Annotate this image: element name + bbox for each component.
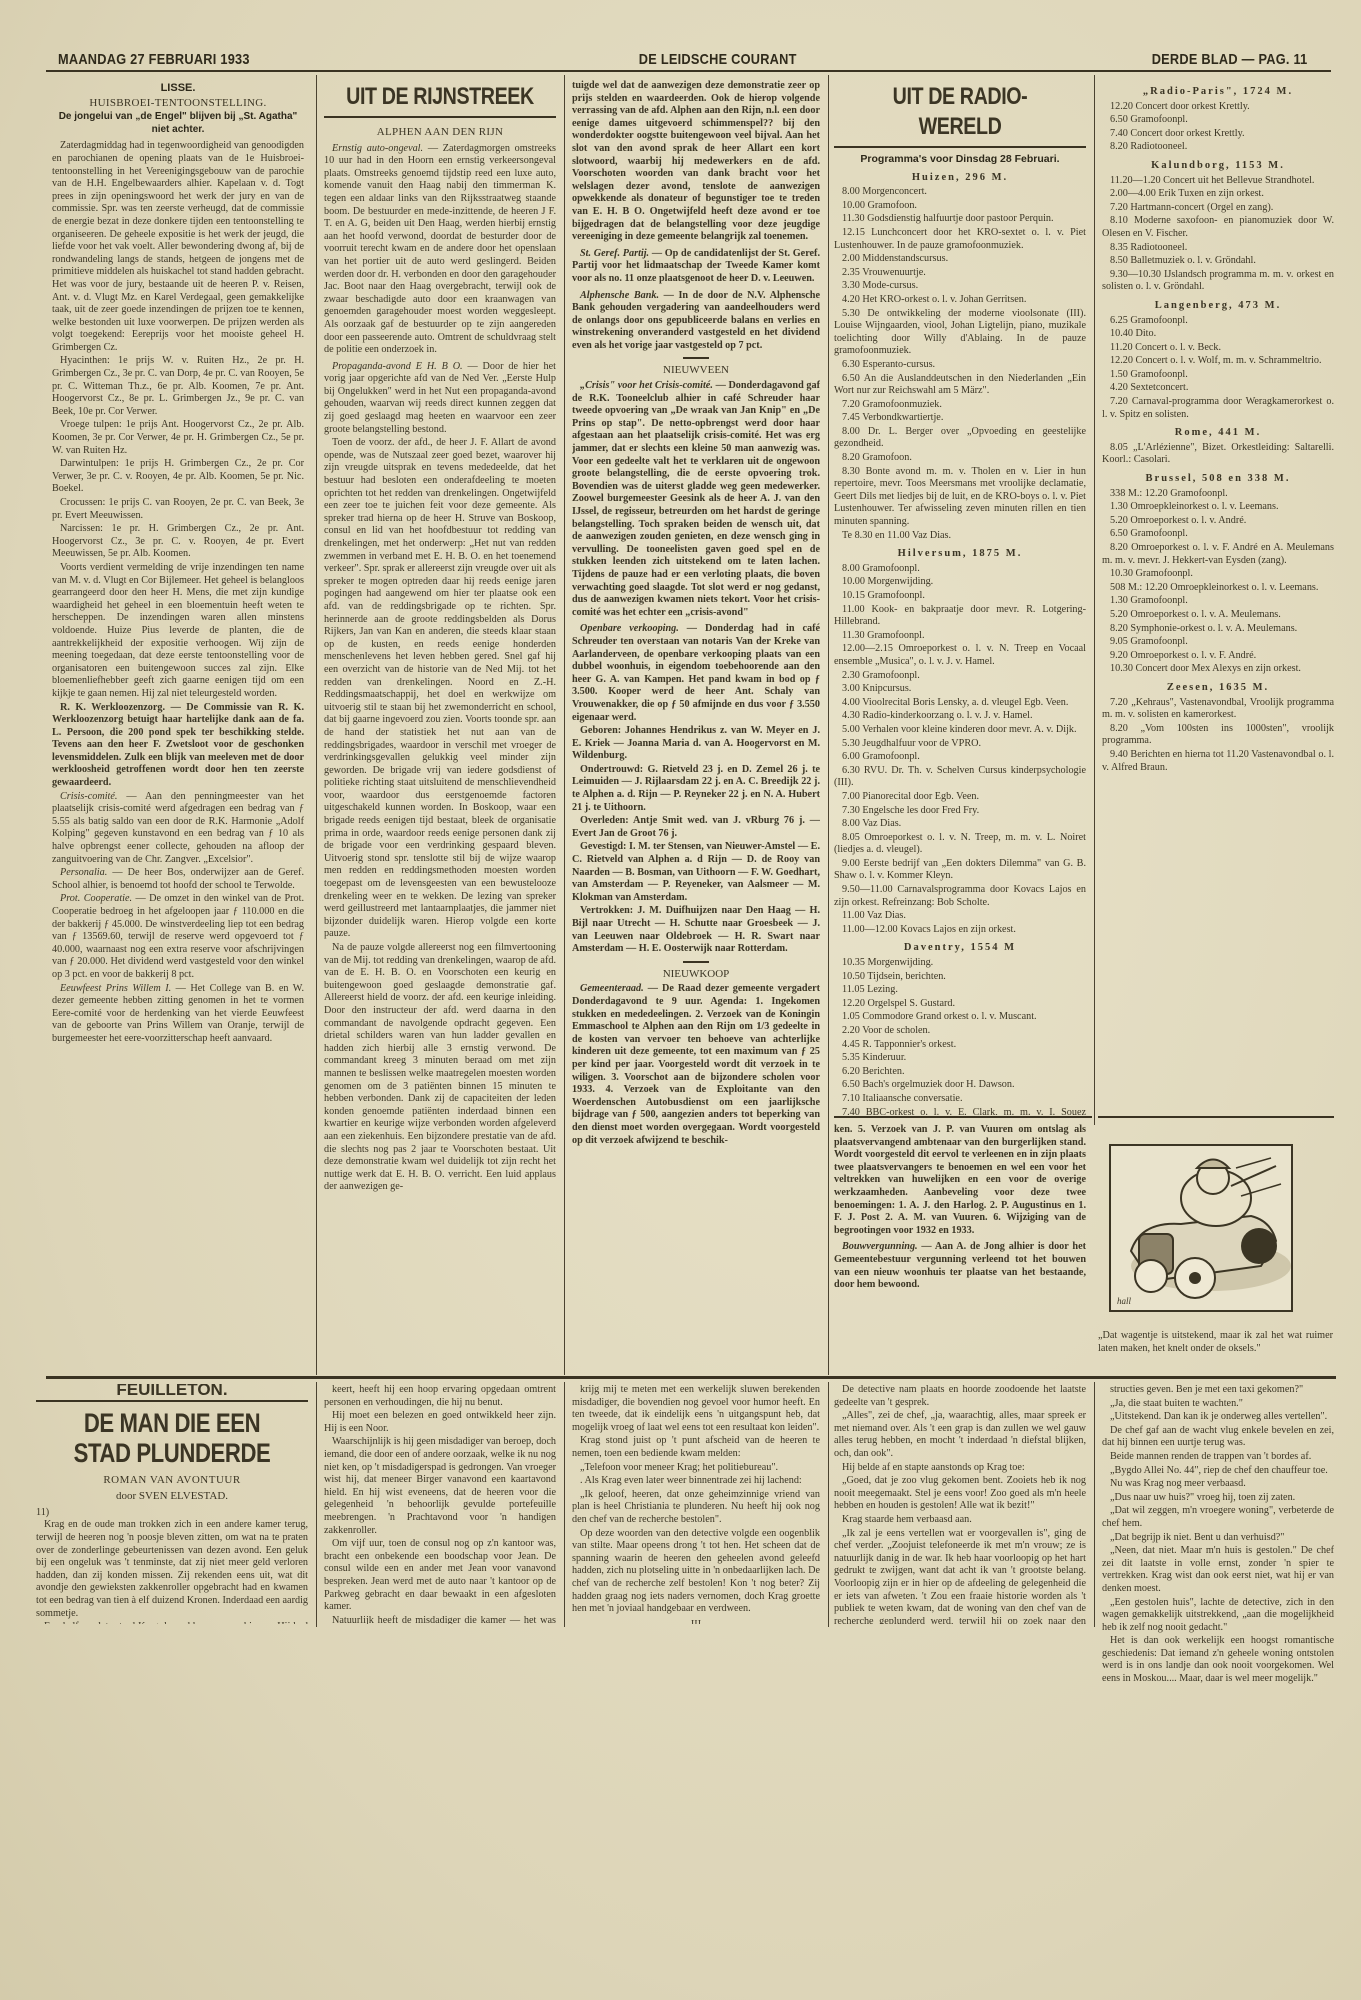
column-divider <box>316 75 317 1375</box>
programme-item: 10.30 Concert door Mex Alexys en zijn or… <box>1102 663 1334 676</box>
place-heading: NIEUWVEEN <box>572 364 820 377</box>
section-rule <box>324 116 556 118</box>
section-title: UIT DE RIJNSTREEK <box>345 82 535 112</box>
programme-item: 10.50 Tijdsein, berichten. <box>834 971 1086 984</box>
paragraph: R. K. Werkloozenzorg. — De Commissie van… <box>52 702 304 790</box>
programme-item: 1.30 Omroepkleinorkest o. l. v. Leemans. <box>1102 501 1334 514</box>
paragraph: „Goed, dat je zoo vlug gekomen bent. Zoo… <box>834 1475 1086 1513</box>
paragraph: Crocussen: 1e prijs C. van Rooyen, 2e pr… <box>52 497 304 522</box>
programme-item: 8.35 Radiotooneel. <box>1102 242 1334 255</box>
paragraph: Darwintulpen: 1e prijs H. Grimbergen Cz.… <box>52 458 304 496</box>
feuilleton-text: krijg mij te meten met een werkelijk slu… <box>572 1384 820 1624</box>
radio-programme-list: Huizen, 296 M.8.00 Morgenconcert.10.00 G… <box>834 172 1086 1115</box>
feuilleton-text: Krag en de oude man trokken zich in een … <box>36 1519 308 1624</box>
radio-programme-list: „Radio-Paris", 1724 M.12.20 Concert door… <box>1102 86 1334 774</box>
programme-item: 8.20 Radiotooneel. <box>1102 141 1334 154</box>
station-heading: Zeesen, 1635 M. <box>1102 682 1334 695</box>
paragraph: Hij belde af en stapte aanstonds op Krag… <box>834 1462 1086 1475</box>
programme-item: 8.00 Vaz Dias. <box>834 818 1086 831</box>
paragraph: Hij moet een belezen en goed ontwikkeld … <box>324 1410 556 1435</box>
programme-item: 6.20 Berichten. <box>834 1066 1086 1079</box>
paragraph: Vroege tulpen: 1e prijs Ant. Hoogervorst… <box>52 419 304 457</box>
article-subheadline: De jongelui van „de Engel" blijven bij „… <box>58 111 298 136</box>
divider <box>683 961 709 963</box>
paragraph: Krag staarde hem verbaasd aan. <box>834 1514 1086 1527</box>
programme-item: 6.50 Gramofoonpl. <box>1102 114 1334 127</box>
column-divider <box>564 1382 565 1627</box>
programme-item: 9.20 Omroeporkest o. l. v. F. André. <box>1102 650 1334 663</box>
programme-item: 5.20 Omroeporkest o. l. v. André. <box>1102 515 1334 528</box>
cartoon-illustration: hall <box>1109 1144 1293 1312</box>
programme-item: 9.30—10.30 IJslandsch programma m. m. v.… <box>1102 269 1334 294</box>
programme-item: 8.30 Bonte avond m. m. v. Tholen en v. L… <box>834 466 1086 529</box>
programme-item: 8.05 Omroeporkest o. l. v. N. Treep, m. … <box>834 832 1086 857</box>
novel-title: DE MAN DIE EEN STAD PLUNDERDE <box>60 1408 283 1468</box>
feuilleton-column-1: FEUILLETON. DE MAN DIE EEN STAD PLUNDERD… <box>36 1384 308 1624</box>
programme-item: 7.20 Hartmann-concert (Orgel en zang). <box>1102 202 1334 215</box>
programme-item: 6.00 Gramofoonpl. <box>834 751 1086 764</box>
chapter-number: III <box>572 1619 820 1624</box>
paragraph: Toen de voorz. der afd., de heer J. F. A… <box>324 437 556 941</box>
paragraph: ken. 5. Verzoek van J. P. van Vuuren om … <box>834 1124 1086 1237</box>
paragraph-body: — De Raad dezer gemeente vergadert Donde… <box>572 983 820 1145</box>
programme-item: 508 M.: 12.20 Omroepkleinorkest o. l. v.… <box>1102 582 1334 595</box>
programme-item: 7.20 Gramofoonmuziek. <box>834 399 1086 412</box>
paragraph: Krag stond juist op 't punt afscheid van… <box>572 1435 820 1460</box>
paragraph: structies geven. Ben je met een taxi gek… <box>1102 1384 1334 1397</box>
column-divider <box>316 1382 317 1627</box>
programme-item: 4.00 Vioolrecital Boris Lensky, a. d. vl… <box>834 697 1086 710</box>
section-rule <box>834 146 1086 148</box>
paragraph: Beide mannen renden de trappen van 't bo… <box>1102 1451 1334 1464</box>
paragraph-title: Eeuwfeest Prins Willem I. <box>60 983 171 994</box>
page-number: DERDE BLAD — PAG. 11 <box>1152 51 1308 68</box>
section-rule <box>36 1400 308 1402</box>
radio-column-1: UIT DE RADIO-WERELD Programma's voor Din… <box>834 80 1086 1115</box>
divider <box>683 357 709 359</box>
paragraph: „Dat wil zeggen, m'n vroegere woning", v… <box>1102 1505 1334 1530</box>
column-divider <box>1094 1382 1095 1627</box>
station-heading: Huizen, 296 M. <box>834 172 1086 185</box>
programme-item: 8.00 Dr. L. Berger over „Opvoeding en ge… <box>834 426 1086 451</box>
paragraph: Nu was Krag nog meer verbaasd. <box>1102 1478 1334 1491</box>
lisse-column: LISSE. HUISBROEI-TENTOONSTELLING. De jon… <box>52 82 304 1374</box>
paragraph-title: „Crisis" voor het Crisis-comité. <box>580 380 713 391</box>
paragraph: keert, heeft hij een hoop ervaring opged… <box>324 1384 556 1409</box>
programme-item: 11.20—1.20 Concert uit het Bellevue Stra… <box>1102 175 1334 188</box>
programme-item: 4.20 Sextetconcert. <box>1102 382 1334 395</box>
paragraph: „Ik geloof, heeren, dat onze geheimzinni… <box>572 1489 820 1527</box>
paragraph: tuigde wel dat de aanwezigen deze demons… <box>572 80 820 244</box>
programme-item: 7.20 „Kehraus", Vastenavondbal, Vroolijk… <box>1102 697 1334 722</box>
novel-subtitle: ROMAN VAN AVONTUUR <box>36 1474 308 1487</box>
paragraph: Geboren: Johannes Hendrikus z. van W. Me… <box>572 725 820 763</box>
nieuwkoop-continued: ken. 5. Verzoek van J. P. van Vuuren om … <box>834 1124 1086 1374</box>
paragraph: „Een gestolen huis", lachte de detective… <box>1102 1597 1334 1635</box>
programme-item: 10.15 Gramofoonpl. <box>834 590 1086 603</box>
column-divider <box>828 1382 829 1627</box>
programme-item: 5.30 Jeugdhalfuur voor de VPRO. <box>834 738 1086 751</box>
paragraph-body: — Donderdagavond gaf de R.K. Tooneelclub… <box>572 380 820 618</box>
programme-item: 7.20 Carnaval-programma door Weragkamero… <box>1102 396 1334 421</box>
feuilleton-column-2: keert, heeft hij een hoop ervaring opged… <box>324 1384 556 1624</box>
feuilleton-rule <box>46 1376 1336 1379</box>
paragraph: De detective nam plaats en hoorde zoodoe… <box>834 1384 1086 1409</box>
programme-item: 2.20 Voor de scholen. <box>834 1025 1086 1038</box>
paragraph: „Crisis" voor het Crisis-comité. — Donde… <box>572 380 820 619</box>
programme-item: Te 8.30 en 11.00 Vaz Dias. <box>834 530 1086 543</box>
paragraph: Prot. Cooperatie. — De omzet in den wink… <box>52 893 304 981</box>
programme-item: 1.30 Gramofoonpl. <box>1102 595 1334 608</box>
feuilleton-column-5: structies geven. Ben je met een taxi gek… <box>1102 1384 1334 1684</box>
programme-item: 3.00 Knipcursus. <box>834 683 1086 696</box>
paragraph: „Dat begrijp ik niet. Bent u dan verhuis… <box>1102 1532 1334 1545</box>
paragraph: Een half uur later trad Krag de rookkame… <box>36 1621 308 1624</box>
programme-item: 12.15 Lunchconcert door het KRO-sextet o… <box>834 227 1086 252</box>
programme-item: 10.00 Gramofoon. <box>834 200 1086 213</box>
column-divider <box>1094 75 1095 1125</box>
place-heading: LISSE. <box>52 82 304 95</box>
programme-item: 8.10 Moderne saxofoon- en pianomuziek do… <box>1102 215 1334 240</box>
cartoon-caption: „Dat wagentje is uitstekend, maar ik zal… <box>1098 1330 1333 1355</box>
programme-item: 6.25 Gramofoonpl. <box>1102 315 1334 328</box>
programme-item: 11.00—12.00 Kovacs Lajos en zijn orkest. <box>834 924 1086 937</box>
programme-item: 2.00 Middenstandscursus. <box>834 253 1086 266</box>
feuilleton-column-4: De detective nam plaats en hoorde zoodoe… <box>834 1384 1086 1624</box>
paragraph: St. Geref. Partij. — Op de candidatenlij… <box>572 248 820 286</box>
paragraph-title: Alphensche Bank. <box>580 290 659 301</box>
radio-subtitle: Programma's voor Dinsdag 28 Februari. <box>834 153 1086 166</box>
programme-item: 1.05 Commodore Grand orkest o. l. v. Mus… <box>834 1011 1086 1024</box>
programme-item: 8.50 Balletmuziek o. l. v. Gröndahl. <box>1102 255 1334 268</box>
programme-item: 10.00 Morgenwijding. <box>834 576 1086 589</box>
programme-item: 5.20 Omroeporkest o. l. v. A. Meulemans. <box>1102 609 1334 622</box>
paragraph: Overleden: Antje Smit wed. van J. vRburg… <box>572 815 820 840</box>
station-heading: Hilversum, 1875 M. <box>834 548 1086 561</box>
paragraph: „Ik zal je eens vertellen wat er voorgev… <box>834 1528 1086 1624</box>
paragraph: Narcissen: 1e pr. H. Grimbergen Cz., 2e … <box>52 523 304 561</box>
programme-item: 338 M.: 12.20 Gramofoonpl. <box>1102 488 1334 501</box>
programme-item: 6.30 Esperanto-cursus. <box>834 359 1086 372</box>
programme-item: 12.20 Concert o. l. v. Wolf, m. m. v. Sc… <box>1102 355 1334 368</box>
programme-item: 9.00 Eerste bedrijf van „Een dokters Dil… <box>834 858 1086 883</box>
programme-item: 9.05 Gramofoonpl. <box>1102 636 1334 649</box>
paragraph: Vertrokken: J. M. Duifhuijzen naar Den H… <box>572 905 820 955</box>
programme-item: 4.30 Radio-kinderkoorzang o. l. v. J. v.… <box>834 710 1086 723</box>
programme-item: 1.50 Gramofoonpl. <box>1102 369 1334 382</box>
paragraph: „Neen, dat niet. Maar m'n huis is gestol… <box>1102 1545 1334 1595</box>
paragraph: Het is dan ook werkelijk een hoogst roma… <box>1102 1635 1334 1684</box>
place-heading: ALPHEN AAN DEN RIJN <box>324 126 556 139</box>
paragraph-title: Personalia. <box>60 867 107 878</box>
programme-item: 9.40 Berichten en hierna tot 11.20 Vaste… <box>1102 749 1334 774</box>
feuilleton-column-3: krijg mij te meten met een werkelijk slu… <box>572 1384 820 1624</box>
programme-item: 7.10 Italiaansche conversatie. <box>834 1093 1086 1106</box>
programme-item: 11.05 Lezing. <box>834 984 1086 997</box>
alphen-nieuwveen-column: tuigde wel dat de aanwezigen deze demons… <box>572 80 820 1374</box>
paragraph: Na de pauze volgde allereerst nog een fi… <box>324 942 556 1194</box>
section-rule <box>1098 1116 1334 1118</box>
programme-item: 7.40 Concert door orkest Krettly. <box>1102 128 1334 141</box>
paragraph: „Uitstekend. Dan kan ik je onderweg alle… <box>1102 1411 1334 1424</box>
paragraph: Waarschijnlijk is hij geen misdadiger va… <box>324 1436 556 1537</box>
programme-item: 10.40 Dito. <box>1102 328 1334 341</box>
programme-item: 2.00—4.00 Erik Tuxen en zijn orkest. <box>1102 188 1334 201</box>
station-heading: Rome, 441 M. <box>1102 427 1334 440</box>
paragraph: De chef gaf aan de wacht vlug enkele bev… <box>1102 1425 1334 1450</box>
programme-item: 8.00 Morgenconcert. <box>834 186 1086 199</box>
paragraph: Openbare verkooping. — Donderdag had in … <box>572 623 820 724</box>
programme-item: 7.45 Verbondkwartiertje. <box>834 412 1086 425</box>
paragraph-title: St. Geref. Partij. <box>580 248 649 259</box>
station-heading: „Radio-Paris", 1724 M. <box>1102 86 1334 99</box>
paragraph-title: Ernstig auto-ongeval. <box>332 143 423 154</box>
issue-date: MAANDAG 27 FEBRUARI 1933 <box>58 51 250 68</box>
programme-item: 10.30 Gramofoonpl. <box>1102 568 1334 581</box>
station-heading: Langenberg, 473 M. <box>1102 300 1334 313</box>
column-divider <box>564 75 565 1375</box>
programme-item: 7.40 BBC-orkest o. l. v. E. Clark, m. m.… <box>834 1107 1086 1115</box>
car-driver-drawing-icon: hall <box>1111 1146 1291 1310</box>
paragraph: Zaterdagmiddag had in tegenwoordigheid v… <box>52 140 304 354</box>
programme-item: 5.35 Kinderuur. <box>834 1052 1086 1065</box>
programme-item: 7.00 Pianorecital door Egb. Veen. <box>834 791 1086 804</box>
paragraph: Eeuwfeest Prins Willem I. — Het College … <box>52 983 304 1046</box>
feuilleton-label: FEUILLETON. <box>36 1384 308 1397</box>
paragraph-body: — Donderdag had in café Schreuder ten ov… <box>572 623 820 722</box>
programme-item: 4.45 R. Tapponnier's orkest. <box>834 1039 1086 1052</box>
place-heading: NIEUWKOOP <box>572 968 820 981</box>
section-title: UIT DE RADIO-WERELD <box>857 82 1064 142</box>
paragraph-title: Bouwvergunning. <box>842 1241 918 1252</box>
station-heading: Daventry, 1554 M <box>834 942 1086 955</box>
paragraph: Ernstig auto-ongeval. — Zaterdagmorgen o… <box>324 143 556 357</box>
programme-item: 9.50—11.00 Carnavalsprogramma door Kovac… <box>834 884 1086 909</box>
radio-column-2: „Radio-Paris", 1724 M.12.20 Concert door… <box>1102 80 1334 1115</box>
programme-item: 5.00 Verhalen voor kleine kinderen door … <box>834 724 1086 737</box>
feuilleton-text: De detective nam plaats en hoorde zoodoe… <box>834 1384 1086 1624</box>
article-headline: HUISBROEI-TENTOONSTELLING. <box>52 97 304 110</box>
paragraph: „Telefoon voor meneer Krag; het politieb… <box>572 1462 820 1475</box>
programme-item: 8.20 Omroeporkest o. l. v. F. André en A… <box>1102 542 1334 567</box>
paragraph: krijg mij te meten met een werkelijk slu… <box>572 1384 820 1434</box>
programme-item: 11.20 Concert o. l. v. Beck. <box>1102 342 1334 355</box>
paragraph-title: Propaganda-avond E H. B O. <box>332 361 463 372</box>
paragraph: Propaganda-avond E H. B O. — Door de hie… <box>324 361 556 437</box>
masthead-rule <box>46 70 1331 72</box>
paragraph: Om vijf uur, toen de consul nog op z'n k… <box>324 1538 556 1614</box>
paragraph-title: Crisis-comité. <box>60 791 117 802</box>
programme-item: 6.50 Gramofoonpl. <box>1102 528 1334 541</box>
programme-item: 6.50 Bach's orgelmuziek door H. Dawson. <box>834 1079 1086 1092</box>
paragraph-body: — De omzet in den winkel van de Prot. Co… <box>52 893 304 980</box>
rijnstreek-column: UIT DE RIJNSTREEK ALPHEN AAN DEN RIJN Er… <box>324 80 556 1374</box>
programme-item: 8.00 Gramofoonpl. <box>834 563 1086 576</box>
programme-item: 6.30 RVU. Dr. Th. v. Schelven Cursus kin… <box>834 765 1086 790</box>
paragraph-title: Gemeenteraad. <box>580 983 644 994</box>
programme-item: 8.20 „Vom 100sten ins 1000sten", vroolij… <box>1102 723 1334 748</box>
paragraph: Alphensche Bank. — In de door de N.V. Al… <box>572 290 820 353</box>
programme-item: 8.05 „L'Arlézienne", Bizet. Orkestleidin… <box>1102 442 1334 467</box>
station-heading: Brussel, 508 en 338 M. <box>1102 473 1334 486</box>
svg-text:hall: hall <box>1117 1296 1132 1306</box>
paragraph: Krag en de oude man trokken zich in een … <box>36 1519 308 1620</box>
section-rule <box>834 1116 1092 1118</box>
paragraph: Personalia. — De heer Bos, onderwijzer a… <box>52 867 304 892</box>
programme-item: 6.50 An die Auslanddeutschen in den Nied… <box>834 373 1086 398</box>
paragraph-title: Prot. Cooperatie. <box>60 893 132 904</box>
paragraph: „Ja, die staat buiten te wachten." <box>1102 1398 1334 1411</box>
programme-item: 8.20 Gramofoon. <box>834 452 1086 465</box>
programme-item: 12.00—2.15 Omroeporkest o. l. v. N. Tree… <box>834 643 1086 668</box>
paragraph: Op deze woorden van den detective volgde… <box>572 1528 820 1616</box>
feuilleton-text: keert, heeft hij een hoop ervaring opged… <box>324 1384 556 1624</box>
paragraph: Crisis-comité. — Aan den penningmeester … <box>52 791 304 867</box>
programme-item: 11.30 Godsdienstig halfuurtje door pasto… <box>834 213 1086 226</box>
station-heading: Kalundborg, 1153 M. <box>1102 160 1334 173</box>
programme-item: 2.35 Vrouwenuurtje. <box>834 267 1086 280</box>
paragraph-body: — Zaterdagmorgen omstreeks 10 uur had in… <box>324 143 556 356</box>
paragraph: Ondertrouwd: G. Rietveld 23 j. en D. Zem… <box>572 764 820 814</box>
programme-item: 5.30 De ontwikkeling der moderne vioolso… <box>834 308 1086 358</box>
programme-item: 10.35 Morgenwijding. <box>834 957 1086 970</box>
paragraph-title: Openbare verkooping. <box>580 623 679 634</box>
paragraph: . Als Krag even later weer binnentrade z… <box>572 1475 820 1488</box>
programme-item: 4.20 Het KRO-orkest o. l. v. Johan Gerri… <box>834 294 1086 307</box>
paragraph: Gemeenteraad. — De Raad dezer gemeente v… <box>572 983 820 1147</box>
paragraph: Gevestigd: I. M. ter Stensen, van Nieuwe… <box>572 841 820 904</box>
paragraph: „Bygdo Allei No. 44", riep de chef den c… <box>1102 1465 1334 1478</box>
feuilleton-text: structies geven. Ben je met een taxi gek… <box>1102 1384 1334 1684</box>
paragraph: Hyacinthen: 1e prijs W. v. Ruiten Hz., 2… <box>52 355 304 418</box>
paragraph: Natuurlijk heeft de misdadiger die kamer… <box>324 1615 556 1624</box>
programme-item: 11.00 Kook- en bakpraatje door mevr. R. … <box>834 604 1086 629</box>
programme-item: 3.30 Mode-cursus. <box>834 280 1086 293</box>
programme-item: 2.30 Gramofoonpl. <box>834 670 1086 683</box>
novel-author: door SVEN ELVESTAD. <box>36 1490 308 1503</box>
paragraph: Voorts verdient vermelding de vrije inze… <box>52 562 304 701</box>
paragraph: „Alles", zei de chef, „ja, waarachtig, a… <box>834 1410 1086 1460</box>
programme-item: 11.00 Vaz Dias. <box>834 910 1086 923</box>
programme-item: 7.30 Engelsche les door Fred Fry. <box>834 805 1086 818</box>
programme-item: 8.20 Symphonie-orkest o. l. v. A. Meulem… <box>1102 623 1334 636</box>
paragraph: Bouwvergunning. — Aan A. de Jong alhier … <box>834 1241 1086 1291</box>
programme-item: 12.20 Orgelspel S. Gustard. <box>834 998 1086 1011</box>
masthead: MAANDAG 27 FEBRUARI 1933 DE LEIDSCHE COU… <box>58 40 1308 68</box>
newspaper-name: DE LEIDSCHE COURANT <box>639 51 797 68</box>
programme-item: 11.30 Gramofoonpl. <box>834 630 1086 643</box>
column-divider <box>828 75 829 1375</box>
instalment-number: 11) <box>36 1507 308 1520</box>
paragraph: „Dus naar uw huis?" vroeg hij, toen zij … <box>1102 1492 1334 1505</box>
programme-item: 12.20 Concert door orkest Krettly. <box>1102 101 1334 114</box>
